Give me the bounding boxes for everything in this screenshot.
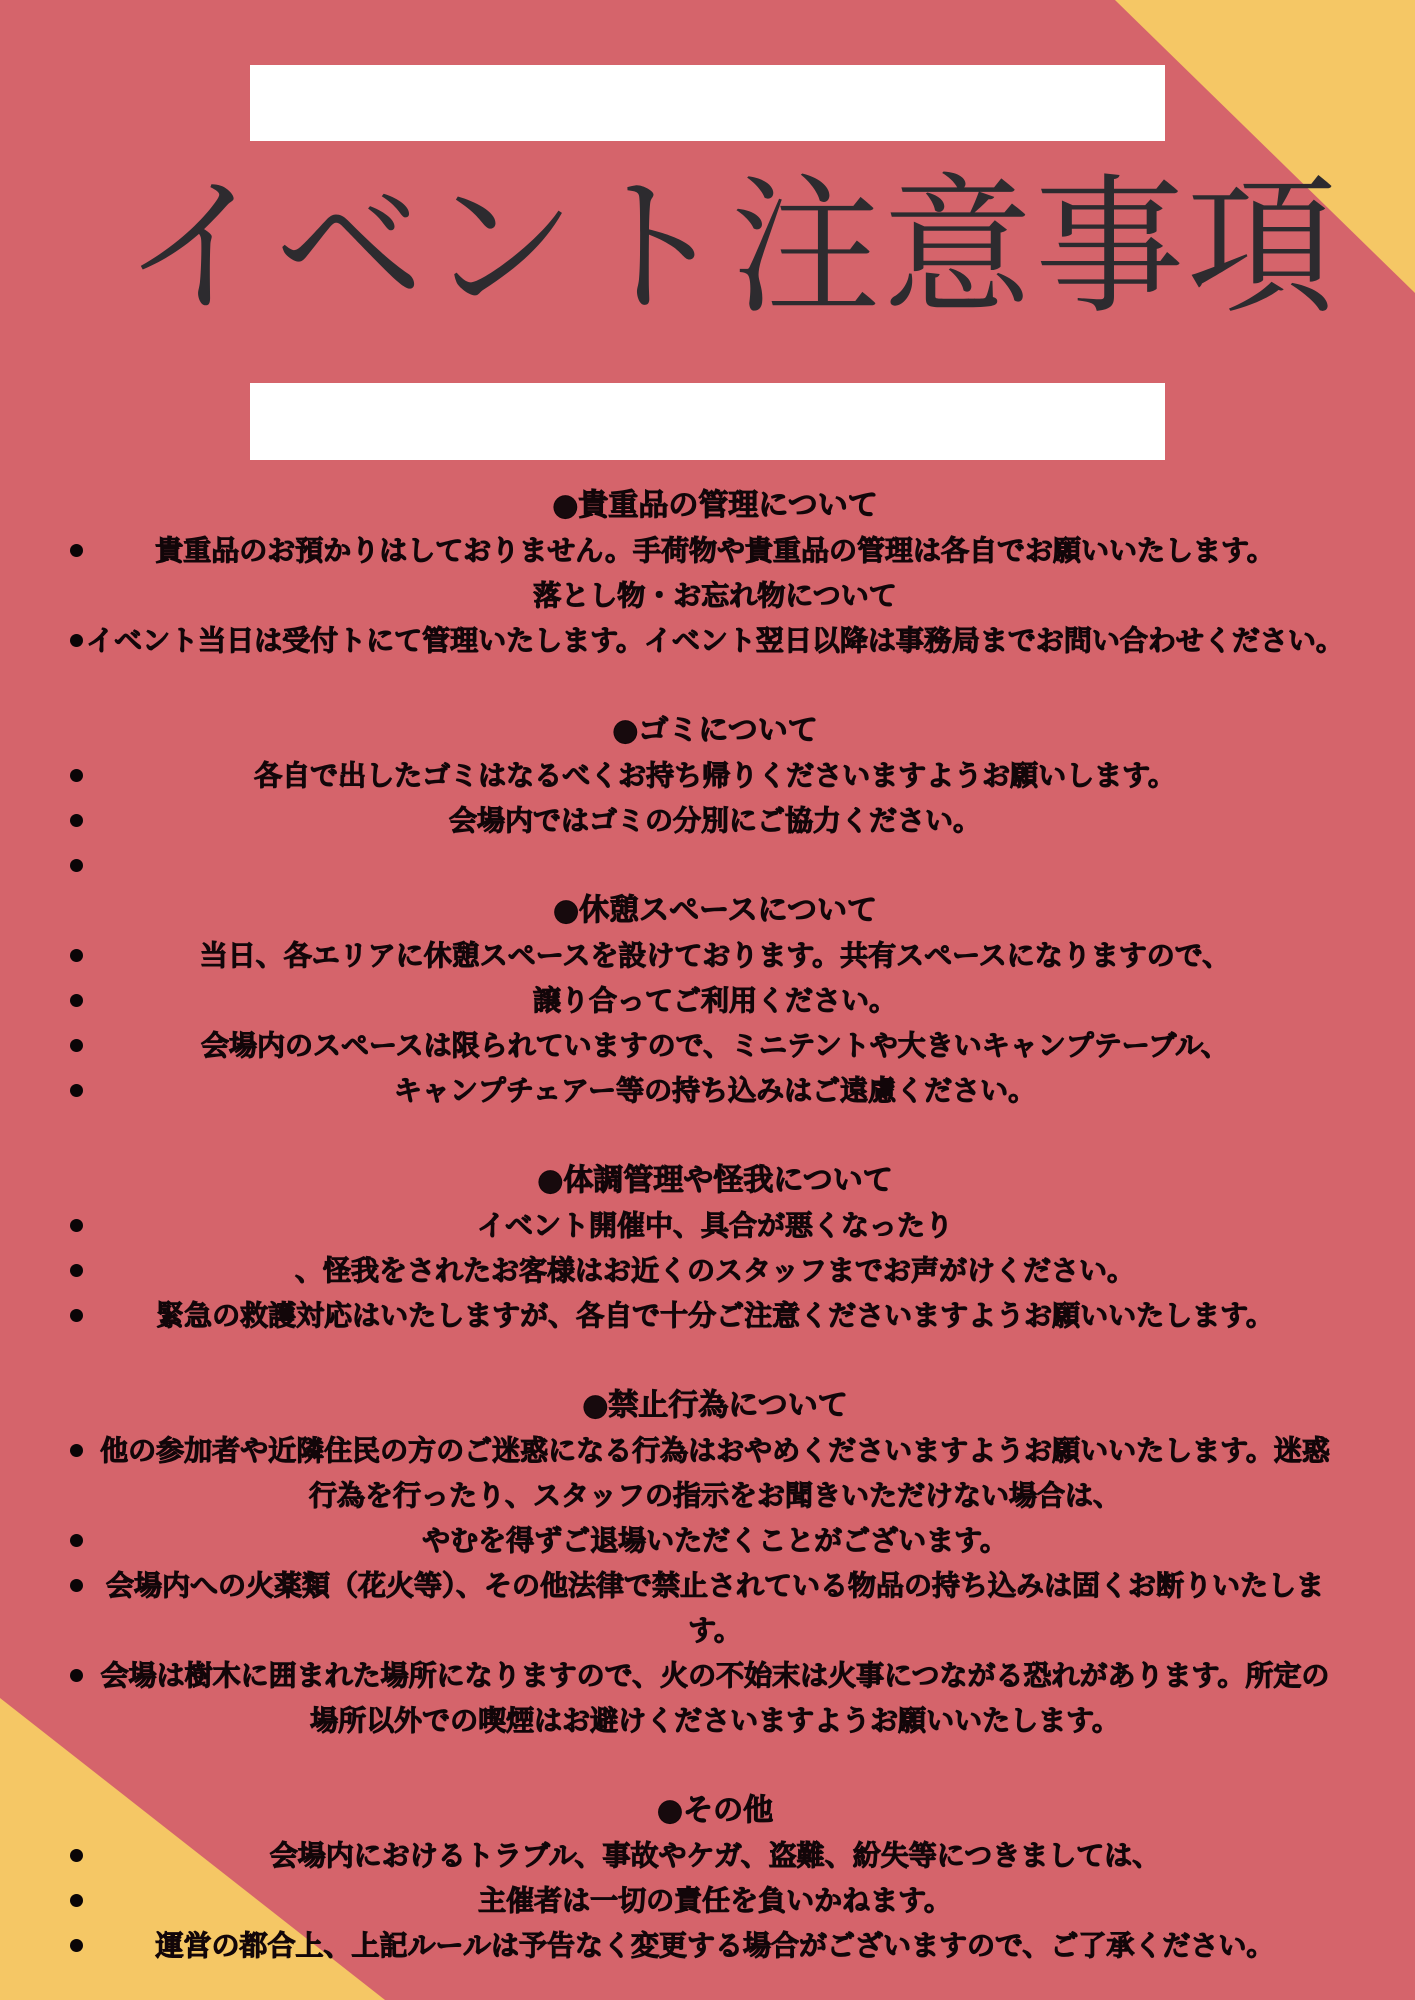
notice-line: 他の参加者や近隣住民の方のご迷惑になる行為はおやめくださいますようお願いいたしま… <box>55 1428 1375 1473</box>
notice-line: 会場は樹木に囲まれた場所になりますので、火の不始末は火事につながる恐れがあります… <box>55 1653 1375 1698</box>
section-heading-other: ●その他 <box>55 1788 1375 1833</box>
spacer-line <box>55 1743 1375 1788</box>
notice-line: 各自で出したゴミはなるべくお持ち帰りくださいますようお願いします。 <box>55 753 1375 798</box>
notice-line: イベント開催中、具合が悪くなったり <box>55 1203 1375 1248</box>
notice-list: ●貴重品の管理について 貴重品のお預かりはしておりません。手荷物や貴重品の管理は… <box>55 483 1375 1968</box>
notice-line: 会場内への火薬類（花火等）、その他法律で禁止されている物品の持ち込みは固くお断り… <box>55 1563 1375 1608</box>
notice-line: イベント当日は受付トにて管理いたします。イベント翌日以降は事務局までお問い合わせ… <box>55 618 1375 663</box>
notice-line: 譲り合ってご利用ください。 <box>55 978 1375 1023</box>
notice-line: 会場内におけるトラブル、事故やケガ、盗難、紛失等につきましては、 <box>55 1833 1375 1878</box>
notice-line: キャンプチェアー等の持ち込みはご遠慮ください。 <box>55 1068 1375 1113</box>
spacer-line <box>55 1338 1375 1383</box>
section-heading-prohibited: ●禁止行為について <box>55 1383 1375 1428</box>
section-heading-rest-space: ●休憩スペースについて <box>55 888 1375 933</box>
notice-line: す。 <box>55 1608 1375 1653</box>
spacer-line <box>55 663 1375 708</box>
notice-line: 場所以外での喫煙はお避けくださいますようお願いいたします。 <box>55 1698 1375 1743</box>
notice-line-empty-bullet <box>55 843 1375 888</box>
notice-line: 当日、各エリアに休憩スペースを設けております。共有スペースになりますので、 <box>55 933 1375 978</box>
title-bar-top <box>250 65 1165 141</box>
notice-line: 主催者は一切の責任を負いかねます。 <box>55 1878 1375 1923</box>
notice-line: 緊急の救護対応はいたしますが、各自で十分ご注意くださいますようお願いいたします。 <box>55 1293 1375 1338</box>
title-bar-bottom <box>250 383 1165 460</box>
poster-title: イベント注意事項 <box>0 168 1415 328</box>
section-heading-valuables: ●貴重品の管理について <box>55 483 1375 528</box>
notice-line: 会場内のスペースは限られていますので、ミニテントや大きいキャンプテーブル、 <box>55 1023 1375 1068</box>
section-heading-trash: ●ゴミについて <box>55 708 1375 753</box>
notice-line: 、怪我をされたお客様はお近くのスタッフまでお声がけください。 <box>55 1248 1375 1293</box>
notice-line: 落とし物・お忘れ物について <box>55 573 1375 618</box>
spacer-line <box>55 1113 1375 1158</box>
notice-line: 運営の都合上、上記ルールは予告なく変更する場合がございますので、ご了承ください。 <box>55 1923 1375 1968</box>
section-heading-health-injury: ●体調管理や怪我について <box>55 1158 1375 1203</box>
notice-line: 会場内ではゴミの分別にご協力ください。 <box>55 798 1375 843</box>
notice-line: 行為を行ったり、スタッフの指示をお聞きいただけない場合は、 <box>55 1473 1375 1518</box>
notice-line: やむを得ずご退場いただくことがございます。 <box>55 1518 1375 1563</box>
notice-line: 貴重品のお預かりはしておりません。手荷物や貴重品の管理は各自でお願いいたします。 <box>55 528 1375 573</box>
